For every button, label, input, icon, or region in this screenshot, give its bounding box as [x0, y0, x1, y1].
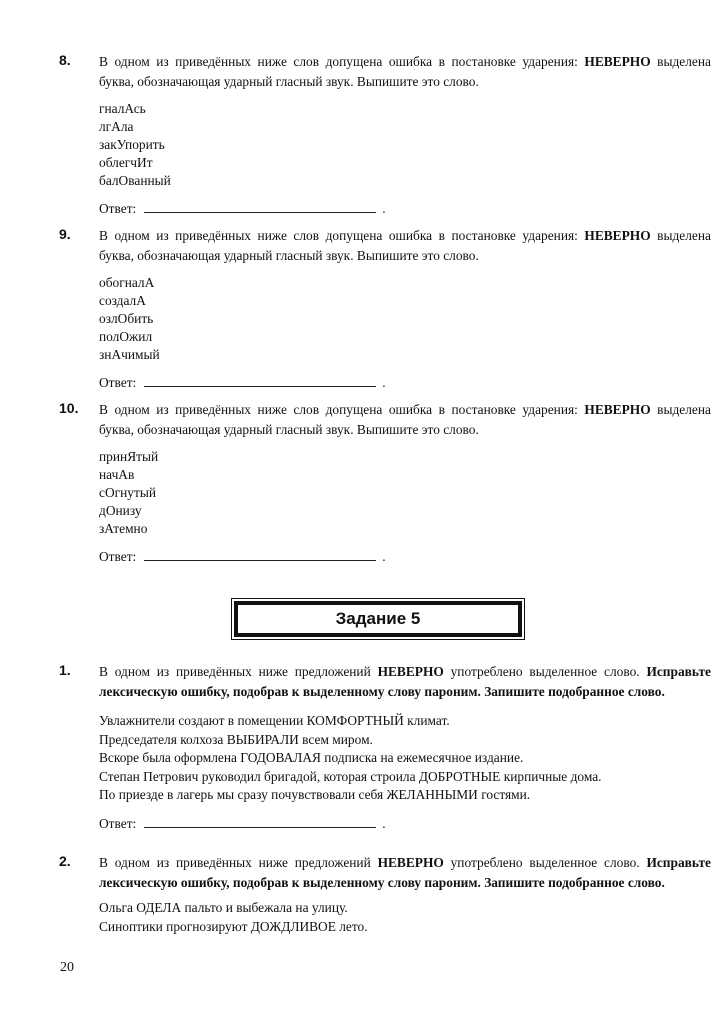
answer-label: Ответ: — [99, 201, 136, 216]
word-option: зАтемно — [99, 520, 711, 538]
word-list: гналАсь лгАла закУпорить облегчИт балОва… — [99, 100, 711, 190]
section-header: Задание 5 — [234, 601, 522, 637]
word-option: принЯтый — [99, 448, 711, 466]
task-prompt: В одном из приведённых ниже слов допущен… — [99, 400, 711, 440]
task-number: 8. — [59, 52, 71, 68]
answer-label: Ответ: — [99, 816, 136, 831]
sentence: Степан Петрович руководил бригадой, кото… — [99, 768, 711, 787]
task-prompt: В одном из приведённых ниже слов допущен… — [99, 226, 711, 266]
sentence-list: Ольга ОДЕЛА пальто и выбежала на улицу. … — [99, 899, 711, 936]
answer-field[interactable] — [144, 200, 376, 213]
sentence: Вскоре была оформлена ГОДОВАЛАЯ подписка… — [99, 749, 711, 768]
sentence-list: Увлажнители создают в помещении КОМФОРТН… — [99, 712, 711, 805]
answer-row: Ответ:. — [99, 200, 711, 218]
answer-field[interactable] — [144, 548, 376, 561]
word-option: сОгнутый — [99, 484, 711, 502]
task-prompt: В одном из приведённых ниже предложений … — [99, 853, 711, 893]
word-option: создалА — [99, 292, 711, 310]
task-number: 10. — [59, 400, 78, 416]
answer-row: Ответ:. — [99, 815, 711, 833]
task-number: 2. — [59, 853, 71, 869]
word-option: гналАсь — [99, 100, 711, 118]
word-option: начАв — [99, 466, 711, 484]
sentence: По приезде в лагерь мы сразу почувствова… — [99, 786, 711, 805]
answer-label: Ответ: — [99, 549, 136, 564]
word-option: облегчИт — [99, 154, 711, 172]
task-number: 1. — [59, 662, 71, 678]
word-option: полОжил — [99, 328, 711, 346]
task-number: 9. — [59, 226, 71, 242]
sentence: Увлажнители создают в помещении КОМФОРТН… — [99, 712, 711, 731]
word-option: закУпорить — [99, 136, 711, 154]
sentence: Синоптики прогнозируют ДОЖДЛИВОЕ лето. — [99, 918, 711, 937]
word-list: принЯтый начАв сОгнутый дОнизу зАтемно — [99, 448, 711, 538]
answer-row: Ответ:. — [99, 374, 711, 392]
page-number: 20 — [60, 960, 74, 976]
answer-label: Ответ: — [99, 375, 136, 390]
answer-field[interactable] — [144, 815, 376, 828]
word-option: знАчимый — [99, 346, 711, 364]
task-prompt: В одном из приведённых ниже слов допущен… — [99, 52, 711, 92]
answer-row: Ответ:. — [99, 548, 711, 566]
word-option: озлОбить — [99, 310, 711, 328]
word-option: балОванный — [99, 172, 711, 190]
word-list: обогналА создалА озлОбить полОжил знАчим… — [99, 274, 711, 364]
word-option: обогналА — [99, 274, 711, 292]
word-option: дОнизу — [99, 502, 711, 520]
word-option: лгАла — [99, 118, 711, 136]
sentence: Ольга ОДЕЛА пальто и выбежала на улицу. — [99, 899, 711, 918]
sentence: Председателя колхоза ВЫБИРАЛИ всем миром… — [99, 731, 711, 750]
task-prompt: В одном из приведённых ниже предложений … — [99, 662, 711, 702]
answer-field[interactable] — [144, 374, 376, 387]
